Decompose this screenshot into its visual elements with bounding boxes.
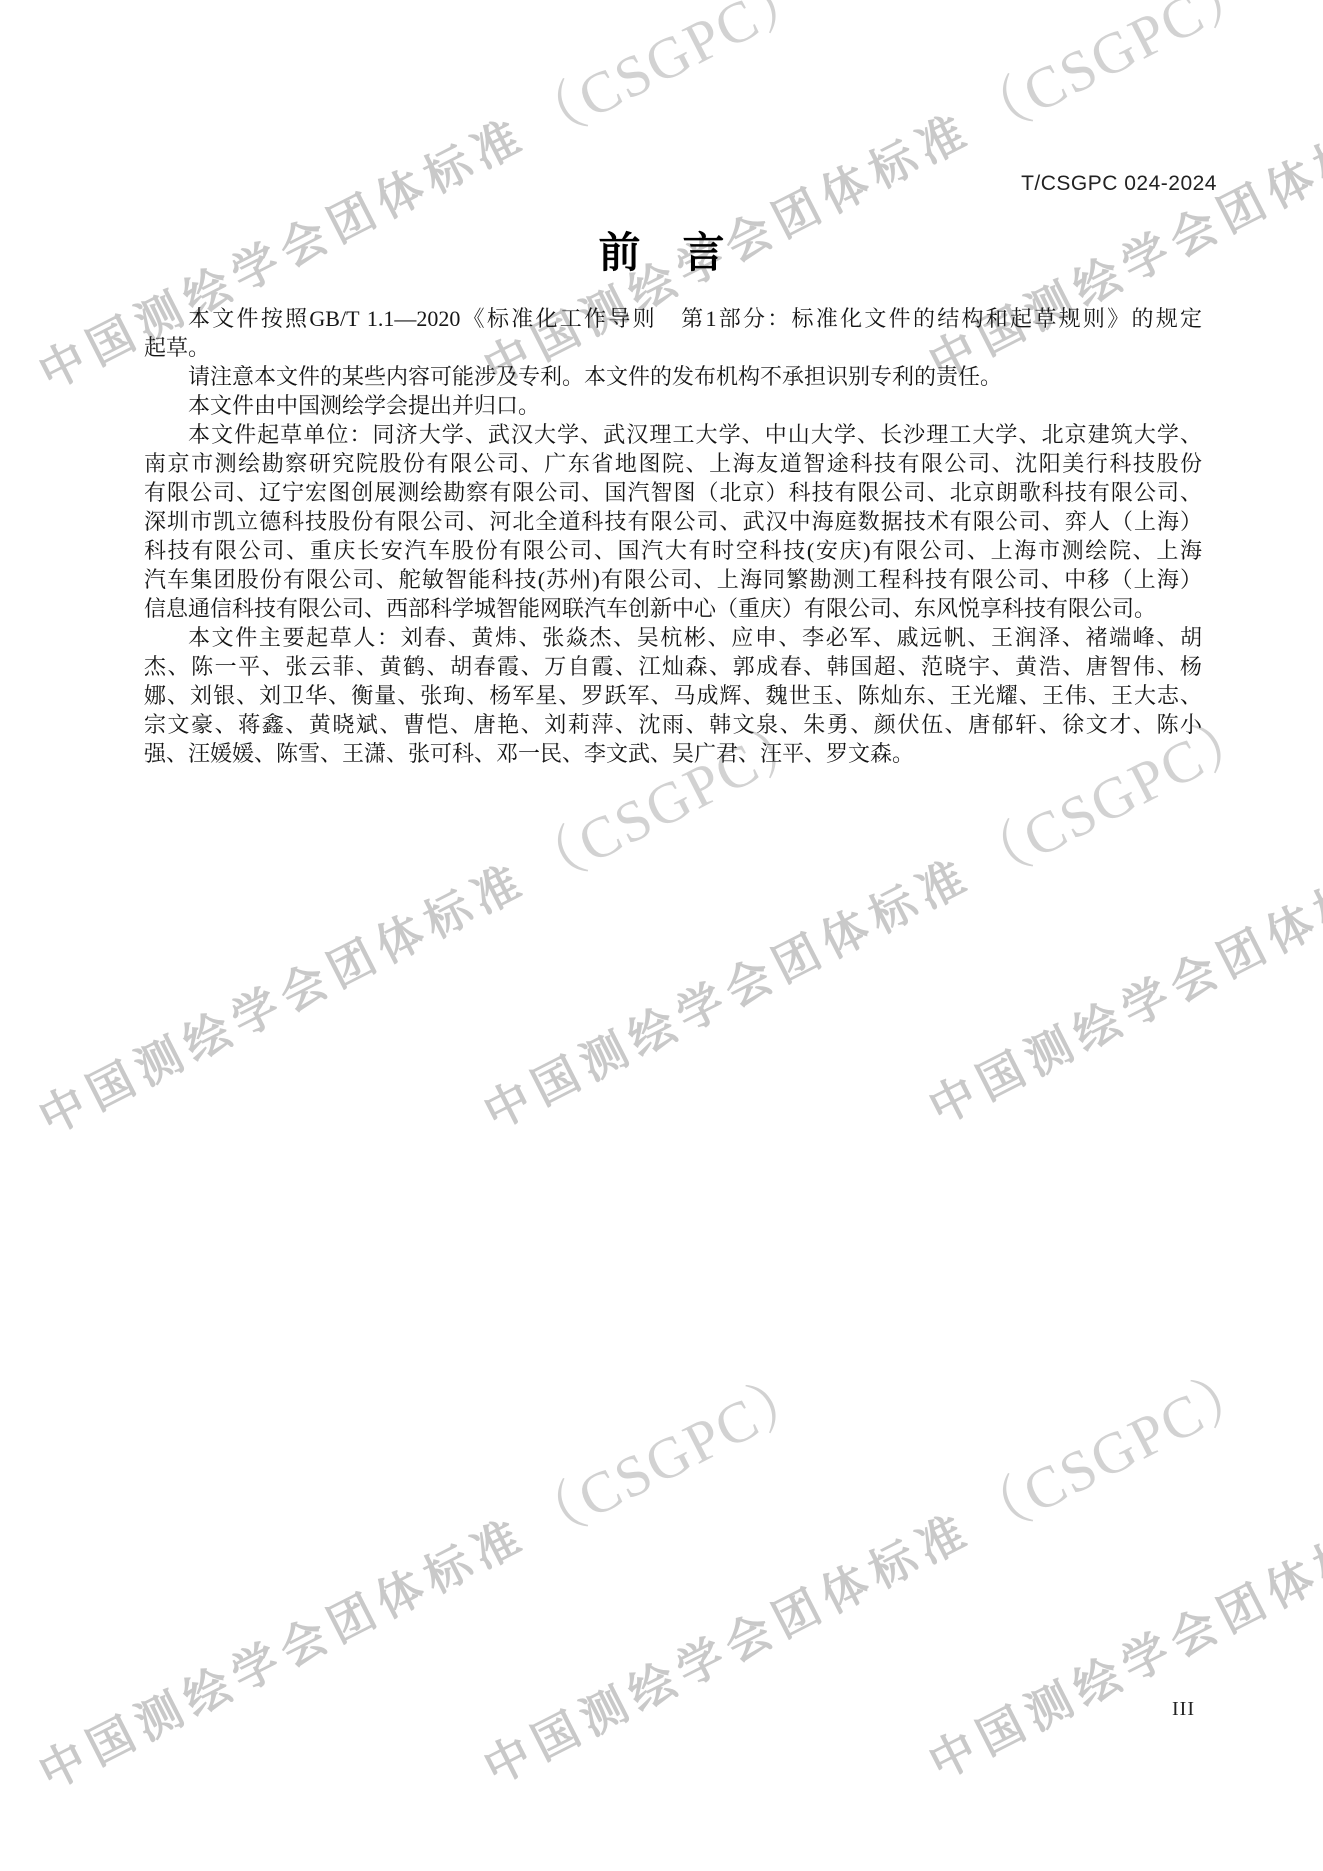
document-code: T/CSGPC 024-2024 <box>1021 172 1217 196</box>
watermark-en-text: （CSGPC） <box>514 1357 823 1557</box>
watermark: 中国测绘学会团体标准（CSGPC） <box>475 1356 1266 1796</box>
watermark-en-text: （CSGPC） <box>514 0 823 158</box>
watermark-cn-text: 中国测绘学会团体标准 <box>920 1498 1323 1789</box>
text-line: 有限公司、辽宁宏图创展测绘勘察有限公司、国汽智图（北京）科技有限公司、北京朗歌科… <box>144 478 1202 507</box>
text-line: 杰、陈一平、张云菲、黄鹤、胡春霞、万自霞、江灿森、郭成春、韩国超、范晓宇、黄浩、… <box>144 652 1202 681</box>
text-line: 强、汪媛媛、陈雪、王潇、张可科、邓一民、李文武、吴广君、汪平、罗文森。 <box>144 739 1202 768</box>
watermark: 中国测绘学会团体标准（CSGPC） <box>30 1361 821 1801</box>
foreword-body: 本文件按照GB/T 1.1—2020《标准化工作导则 第1部分：标准化文件的结构… <box>144 304 1202 768</box>
watermark-cn-text: 中国测绘学会团体标准 <box>475 848 980 1139</box>
text-line: 本文件起草单位：同济大学、武汉大学、武汉理工大学、中山大学、长沙理工大学、北京建… <box>144 420 1202 449</box>
watermark-cn-text: 中国测绘学会团体标准 <box>30 1508 535 1799</box>
watermark-cn-text: 中国测绘学会团体标准 <box>475 1503 980 1794</box>
text-line: 南京市测绘勘察研究院股份有限公司、广东省地图院、上海友道智途科技有限公司、沈阳美… <box>144 449 1202 478</box>
document-page: 中国测绘学会团体标准（CSGPC） 中国测绘学会团体标准（CSGPC） 中国测绘… <box>0 0 1323 1871</box>
watermark: 中国测绘学会团体标准（CSGPC） <box>920 1351 1323 1791</box>
watermark-en-text: （CSGPC） <box>959 0 1268 153</box>
watermark-en-text: （CSGPC） <box>959 1352 1268 1552</box>
watermark-cn-text: 中国测绘学会团体标准 <box>30 853 535 1144</box>
page-title: 前 言 <box>0 220 1323 280</box>
page-number: III <box>1172 1698 1195 1721</box>
text-line: 汽车集团股份有限公司、舵敏智能科技(苏州)有限公司、上海同繁勘测工程科技有限公司… <box>144 565 1202 594</box>
text-line: 起草。 <box>144 333 1202 362</box>
text-line: 宗文豪、蒋鑫、黄晓斌、曹恺、唐艳、刘莉萍、沈雨、韩文泉、朱勇、颜伏伍、唐郁轩、徐… <box>144 710 1202 739</box>
watermark-cn-text: 中国测绘学会团体标准 <box>920 843 1323 1134</box>
watermark: 中国测绘学会团体标准（CSGPC） <box>30 706 821 1146</box>
text-line: 请注意本文件的某些内容可能涉及专利。本文件的发布机构不承担识别专利的责任。 <box>144 362 1202 391</box>
text-line: 深圳市凯立德科技股份有限公司、河北全道科技有限公司、武汉中海庭数据技术有限公司、… <box>144 507 1202 536</box>
text-line: 本文件由中国测绘学会提出并归口。 <box>144 391 1202 420</box>
text-line: 本文件主要起草人：刘春、黄炜、张焱杰、吴杭彬、应申、李必军、戚远帆、王润泽、褚端… <box>144 623 1202 652</box>
text-line: 娜、刘银、刘卫华、衡量、张珣、杨军星、罗跃军、马成辉、魏世玉、陈灿东、王光耀、王… <box>144 681 1202 710</box>
text-line: 科技有限公司、重庆长安汽车股份有限公司、国汽大有时空科技(安庆)有限公司、上海市… <box>144 536 1202 565</box>
text-line: 信息通信科技有限公司、西部科学城智能网联汽车创新中心（重庆）有限公司、东风悦享科… <box>144 594 1202 623</box>
text-line: 本文件按照GB/T 1.1—2020《标准化工作导则 第1部分：标准化文件的结构… <box>144 304 1202 333</box>
